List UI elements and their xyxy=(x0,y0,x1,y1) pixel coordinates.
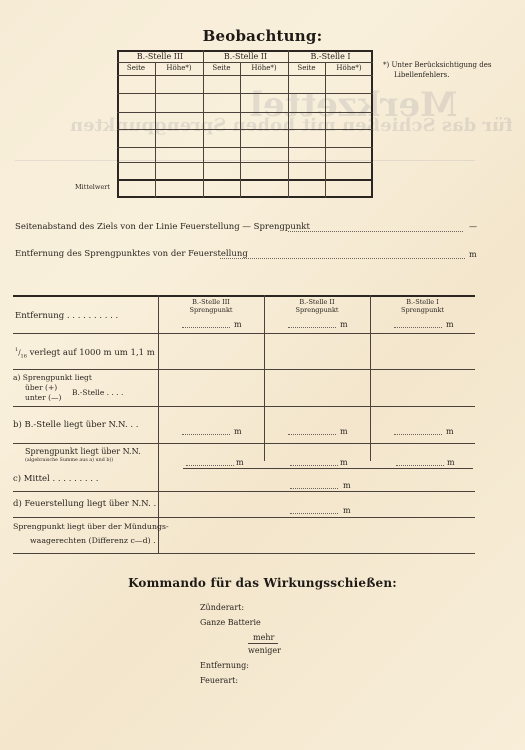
table-rule xyxy=(264,295,265,461)
column-header-bstelle-2: B.-Stelle II Sprengpunkt xyxy=(264,298,370,314)
table-rule xyxy=(13,369,475,370)
row-label-a-line1: a) Sprengpunkt liegt xyxy=(13,373,92,382)
row-label-a-suffix: B.-Stelle . . . . xyxy=(72,388,123,397)
column-header-line2: Sprengpunkt xyxy=(370,306,475,314)
unit-m: m xyxy=(236,458,244,467)
seitenabstand-field[interactable] xyxy=(288,231,463,232)
subheader-seite: Seite xyxy=(117,64,155,72)
unit-m: m xyxy=(340,427,348,436)
subheader-hoehe: Höhe*) xyxy=(240,64,288,72)
unit-m: m xyxy=(234,427,242,436)
column-header-bstelle-3: B.-Stelle III Sprengpunkt xyxy=(158,298,264,314)
table-rule xyxy=(13,443,475,444)
seitenabstand-label: Seitenabstand des Ziels von der Linie Fe… xyxy=(15,222,310,232)
subheader-seite: Seite xyxy=(203,64,240,72)
b-field-bstelle-3[interactable] xyxy=(182,434,230,435)
row-label-c: c) Mittel . . . . . . . . . xyxy=(13,474,98,484)
verlegt-text: verlegt auf 1000 m um 1,1 m xyxy=(30,348,155,358)
row-label-diff-line1: Sprengpunkt liegt über der Mündungs- xyxy=(13,522,169,531)
kommando-heading: Kommando für das Wirkungsschießen: xyxy=(0,576,525,590)
entfernung-field-bstelle-2[interactable] xyxy=(288,327,336,328)
page-title: Beobachtung: xyxy=(0,27,525,45)
column-header-line1: B.-Stelle III xyxy=(158,298,264,306)
mittelwert-label: Mittelwert xyxy=(75,183,110,191)
subheader-hoehe: Höhe*) xyxy=(155,64,203,72)
fraction-denominator: 16 xyxy=(21,354,27,360)
row-label-verlegt: 1/16 verlegt auf 1000 m um 1,1 m xyxy=(15,347,155,360)
row-label-entfernung: Entfernung . . . . . . . . . . xyxy=(15,311,118,321)
entfernung-label: Entfernung: xyxy=(200,661,249,670)
entfernung-sprengpunkt-unit: m xyxy=(469,250,477,259)
table-rule xyxy=(13,406,475,407)
subheader-hoehe: Höhe*) xyxy=(325,64,373,72)
row-label-a-line3: unter (—) xyxy=(25,393,61,402)
footnote-line1: *) Unter Berücksichtigung des xyxy=(383,61,491,69)
table-rule xyxy=(288,50,289,198)
entfernung-field-bstelle-1[interactable] xyxy=(394,327,442,328)
ganze-batterie-label: Ganze Batterie xyxy=(200,618,261,627)
footnote-line2: Libellenfehlers. xyxy=(394,71,449,79)
table-rule xyxy=(183,468,473,469)
row-label-sum-line2: (algebraische Summe aus a) und b)) xyxy=(25,458,113,463)
unit-m: m xyxy=(340,320,348,329)
unit-m: m xyxy=(343,481,351,490)
subheader-seite: Seite xyxy=(288,64,325,72)
table-rule xyxy=(155,62,156,198)
feuerart-label: Feuerart: xyxy=(200,676,238,685)
table-rule xyxy=(13,491,475,492)
table-rule xyxy=(13,333,475,334)
row-label-diff-line2: waagerechten (Differenz c—d) . xyxy=(30,536,156,545)
table-rule xyxy=(13,553,475,554)
c-field[interactable] xyxy=(290,488,338,489)
sum-field-bstelle-2[interactable] xyxy=(290,465,338,466)
unit-m: m xyxy=(340,458,348,467)
unit-m: m xyxy=(446,320,454,329)
d-field[interactable] xyxy=(290,513,338,514)
table-rule xyxy=(325,62,326,198)
zuenderart-label: Zünderart: xyxy=(200,603,244,612)
group-header-bstelle-3: B.-Stelle III xyxy=(117,52,203,61)
weniger-label: weniger xyxy=(248,646,281,655)
column-header-bstelle-1: B.-Stelle I Sprengpunkt xyxy=(370,298,475,314)
sum-field-bstelle-3[interactable] xyxy=(186,465,234,466)
row-label-a-line2: über (+) xyxy=(25,383,57,392)
column-header-line2: Sprengpunkt xyxy=(264,306,370,314)
fraction-bar xyxy=(248,643,278,644)
unit-m: m xyxy=(446,427,454,436)
seitenabstand-unit: — xyxy=(469,222,477,231)
table-rule xyxy=(240,62,241,198)
b-field-bstelle-2[interactable] xyxy=(288,434,336,435)
table-rule xyxy=(13,517,475,518)
unit-m: m xyxy=(343,506,351,515)
row-label-sum-line1: Sprengpunkt liegt über N.N. xyxy=(25,447,141,456)
row-label-d: d) Feuerstellung liegt über N.N. . xyxy=(13,499,156,509)
row-label-b: b) B.-Stelle liegt über N.N. . . xyxy=(13,420,138,430)
b-field-bstelle-1[interactable] xyxy=(394,434,442,435)
group-header-bstelle-1: B.-Stelle I xyxy=(288,52,373,61)
table-rule xyxy=(203,50,204,198)
unit-m: m xyxy=(447,458,455,467)
group-header-bstelle-2: B.-Stelle II xyxy=(203,52,288,61)
entfernung-sprengpunkt-field[interactable] xyxy=(220,258,465,259)
column-header-line1: B.-Stelle II xyxy=(264,298,370,306)
table-rule xyxy=(13,295,475,297)
mehr-label: mehr xyxy=(253,633,274,642)
unit-m: m xyxy=(234,320,242,329)
sum-field-bstelle-1[interactable] xyxy=(396,465,444,466)
entfernung-field-bstelle-3[interactable] xyxy=(182,327,230,328)
table-rule xyxy=(158,295,159,553)
column-header-line1: B.-Stelle I xyxy=(370,298,475,306)
entfernung-sprengpunkt-label: Entfernung des Sprengpunktes von der Feu… xyxy=(15,249,248,259)
column-header-line2: Sprengpunkt xyxy=(158,306,264,314)
table-rule xyxy=(370,295,371,461)
